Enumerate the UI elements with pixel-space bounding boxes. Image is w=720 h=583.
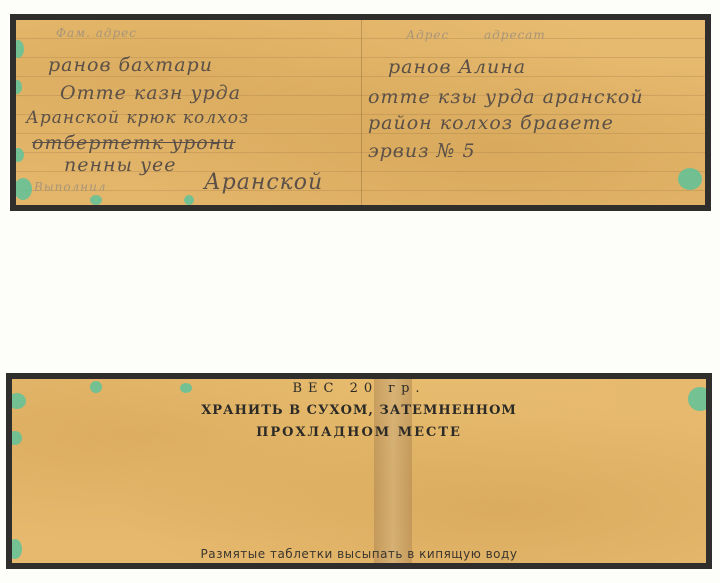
left-line-1: ранов бахтари	[48, 54, 213, 76]
mold-spot	[688, 387, 706, 411]
fold-line	[361, 20, 362, 205]
mold-spot	[16, 178, 32, 200]
mold-spot	[90, 195, 102, 205]
mold-spot	[12, 431, 22, 445]
left-line-3: Аранской крюк колхоз	[26, 108, 249, 128]
mold-spot	[16, 80, 22, 94]
left-line-2: Отте казн урда	[60, 82, 241, 104]
storage-line-2: ПРОХЛАДНОМ МЕСТЕ	[12, 425, 706, 440]
mold-spot	[90, 381, 102, 393]
right-line-1: ранов Алина	[388, 56, 526, 78]
left-faint-header: Фам. адрес	[56, 26, 137, 40]
mold-spot	[180, 383, 192, 393]
bottom-paper-surface: ВЕС 20 гр. ХРАНИТЬ В СУХОМ, ЗАТЕМНЕННОМ …	[12, 379, 706, 563]
storage-line-1: ХРАНИТЬ В СУХОМ, ЗАТЕМНЕННОМ	[12, 403, 706, 418]
mold-spot	[16, 148, 24, 162]
mold-spot	[16, 40, 24, 58]
top-paper-strip: Фам. адрес ранов бахтари Отте казн урда …	[10, 14, 711, 211]
signature: Аранской	[204, 170, 323, 195]
left-faint-footer: Выполнил	[34, 180, 106, 194]
right-line-4: эрвиз № 5	[368, 140, 476, 162]
right-line-2: отте кзы урда аранской	[368, 86, 644, 108]
weight-label: ВЕС 20 гр.	[12, 381, 706, 396]
right-faint-header: Адрес адресат	[406, 28, 546, 42]
left-line-4: отбертетк урони	[32, 132, 236, 154]
mold-spot	[184, 195, 194, 205]
left-line-5: пенны уее	[64, 154, 177, 176]
mold-spot	[678, 168, 702, 190]
bottom-paper-strip: ВЕС 20 гр. ХРАНИТЬ В СУХОМ, ЗАТЕМНЕННОМ …	[6, 373, 712, 569]
right-line-3: район колхоз бравете	[368, 112, 614, 134]
instruction-line: Размятые таблетки высыпать в кипящую вод…	[12, 547, 706, 561]
top-paper-surface: Фам. адрес ранов бахтари Отте казн урда …	[16, 20, 705, 205]
